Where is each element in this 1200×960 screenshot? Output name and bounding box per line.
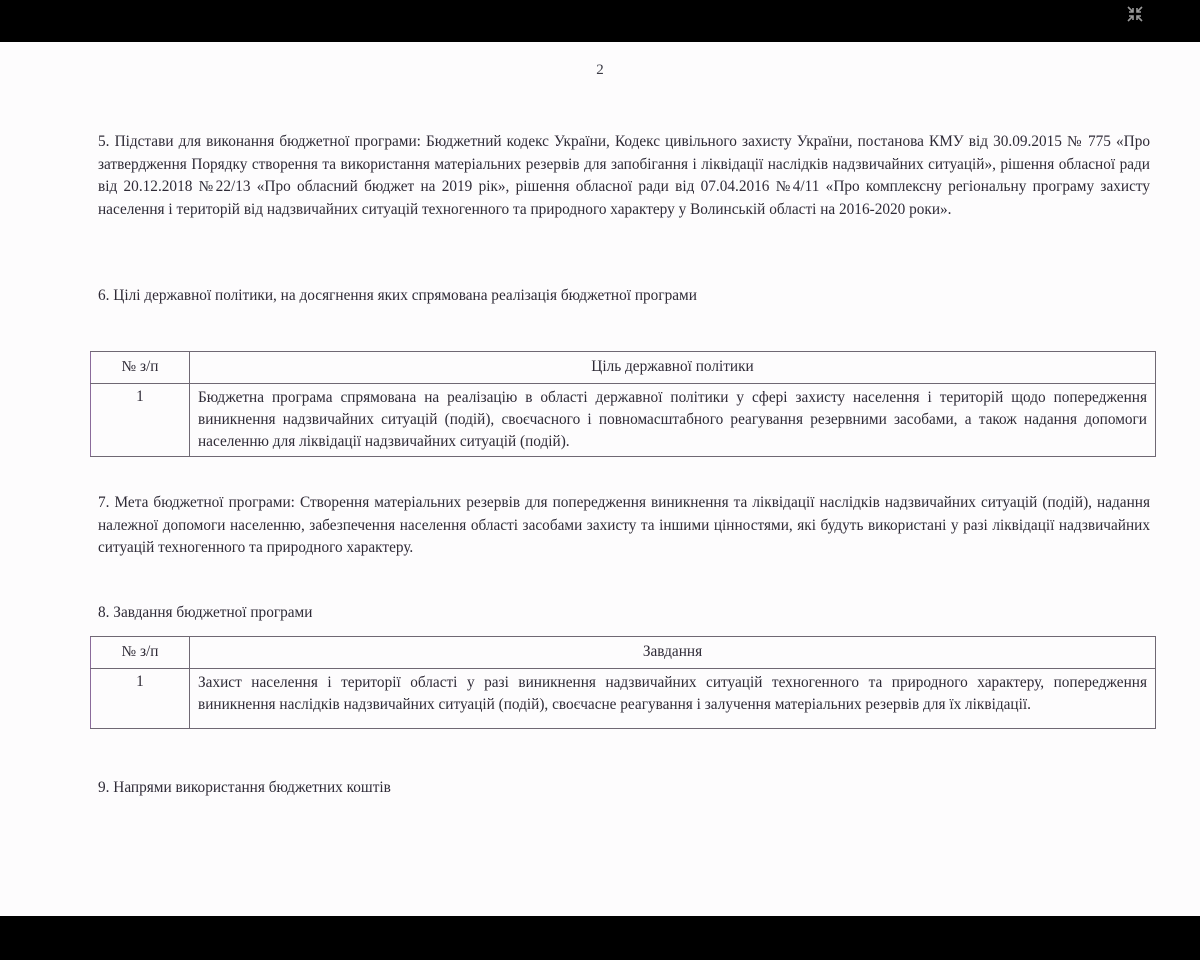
column-header-goal: Ціль державної політики [190,352,1156,384]
row-number: 1 [91,669,190,729]
column-header-number: № з/п [91,352,190,384]
viewer-bottom-bar [0,916,1200,960]
viewer-top-bar [0,0,1200,42]
row-task-text: Захист населення і території області у р… [190,669,1156,729]
document-page: 2 5. Підстави для виконання бюджетної пр… [0,42,1200,916]
column-header-task: Завдання [190,637,1156,669]
section-5-legal-basis: 5. Підстави для виконання бюджетної прог… [98,131,1150,221]
table-header-row: № з/п Ціль державної політики [91,352,1156,384]
row-number: 1 [91,384,190,457]
row-goal-text: Бюджетна програма спрямована на реалізац… [190,384,1156,457]
section-9-title: 9. Напрями використання бюджетних коштів [98,777,391,799]
program-tasks-table: № з/п Завдання 1 Захист населення і тери… [90,636,1156,729]
column-header-number: № з/п [91,637,190,669]
policy-goals-table: № з/п Ціль державної політики 1 Бюджетна… [90,351,1156,457]
table-row: 1 Бюджетна програма спрямована на реаліз… [91,384,1156,457]
table-row: 1 Захист населення і території області у… [91,669,1156,729]
collapse-arrows-icon[interactable] [1126,5,1144,23]
table-header-row: № з/п Завдання [91,637,1156,669]
page-number: 2 [0,62,1200,79]
section-8-title: 8. Завдання бюджетної програми [98,602,312,624]
section-6-title: 6. Цілі державної політики, на досягненн… [98,285,697,307]
section-7-purpose: 7. Мета бюджетної програми: Створення ма… [98,492,1150,560]
